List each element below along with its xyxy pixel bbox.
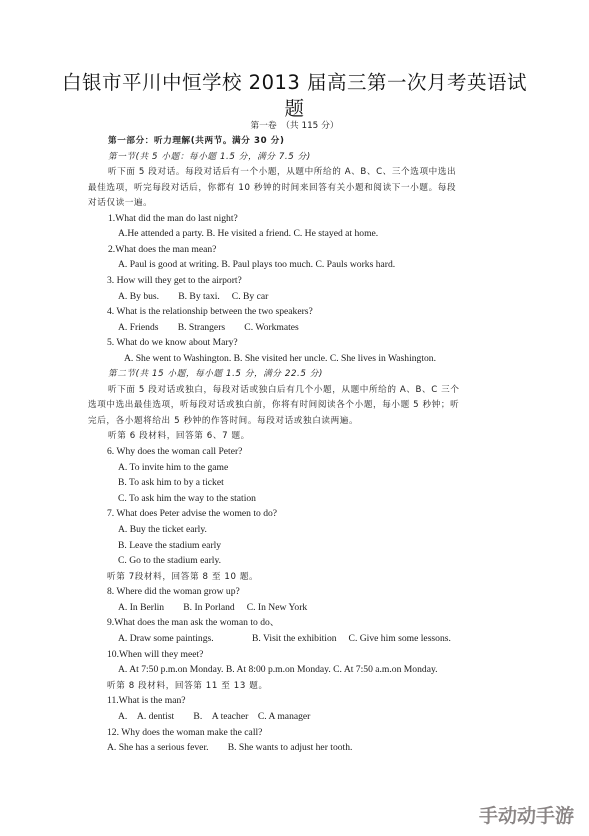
- question-10-options: A. At 7:50 p.m.on Monday. B. At 8:00 p.m…: [118, 664, 438, 676]
- section1-instructions-line3: 对话仅读一遍。: [88, 197, 152, 209]
- question-3-options: A. By bus. B. By taxi. C. By car: [118, 291, 268, 303]
- question-6-option-a: A. To invite him to the game: [118, 462, 228, 474]
- question-8: 8. Where did the woman grow up?: [107, 586, 240, 598]
- question-12-options: A. She has a serious fever. B. She wants…: [107, 742, 352, 754]
- question-1-options: A.He attended a party. B. He visited a f…: [118, 228, 378, 240]
- material-8-instruction: 听第 8 段材料，回答第 11 至 13 题。: [107, 680, 268, 692]
- question-11: 11.What is the man?: [107, 695, 186, 707]
- material-7-instruction: 听第 7段材料，回答第 8 至 10 题。: [107, 571, 258, 583]
- question-8-options: A. In Berlin B. In Porland C. In New Yor…: [118, 602, 307, 614]
- question-6: 6. Why does the woman call Peter?: [107, 446, 242, 458]
- question-7-option-a: A. Buy the ticket early.: [118, 524, 207, 536]
- question-9-options: A. Draw some paintings. B. Visit the exh…: [118, 633, 451, 645]
- volume-subtitle: 第一卷 （共 115 分）: [0, 118, 589, 131]
- section2-instructions-line3: 完后，各小题将给出 5 秒钟的作答时间。每段对话或独白读两遍。: [88, 415, 358, 427]
- section1-heading: 第一节(共 5 小题：每小题 1.5 分，满分 7.5 分): [108, 151, 311, 163]
- section2-heading: 第二节(共 15 小题，每小题 1.5 分，满分 22.5 分): [108, 368, 323, 380]
- question-4: 4. What is the relationship between the …: [107, 306, 313, 318]
- section1-instructions-line1: 听下面 5 段对话。每段对话后有一个小题，从题中所给的 A、B、C、三个选项中选…: [108, 166, 456, 178]
- exam-title: 白银市平川中恒学校 2013 届高三第一次月考英语试: [0, 67, 589, 95]
- question-7-option-c: C. Go to the stadium early.: [118, 555, 221, 567]
- question-9: 9.What does the man ask the woman to do、: [107, 617, 279, 629]
- question-10: 10.When will they meet?: [107, 649, 203, 661]
- question-6-option-c: C. To ask him the way to the station: [118, 493, 256, 505]
- section2-instructions-line1: 听下面 5 段对话或独白，每段对话或独白后有几个小题，从题中所给的 A、B、C …: [108, 384, 460, 396]
- question-4-options: A. Friends B. Strangers C. Workmates: [118, 322, 299, 334]
- watermark-logo: 手动动手游: [479, 801, 574, 828]
- section1-instructions-line2: 最佳选项，听完每段对话后，你都有 10 秒钟的时间来回答有关小题和阅读下一小题。…: [88, 182, 456, 194]
- question-11-options: A. A. dentist B. A teacher C. A manager: [118, 711, 310, 723]
- question-5: 5. What do we know about Mary?: [107, 337, 238, 349]
- question-7-option-b: B. Leave the stadium early: [118, 540, 221, 552]
- part1-heading: 第一部分：听力理解(共两节。满分 30 分): [108, 135, 285, 147]
- question-6-option-b: B. To ask him to by a ticket: [118, 477, 224, 489]
- question-12: 12. Why does the woman make the call?: [107, 727, 262, 739]
- exam-page: 白银市平川中恒学校 2013 届高三第一次月考英语试 题 第一卷 （共 115 …: [0, 0, 589, 836]
- exam-title-continued: 题: [0, 93, 589, 121]
- section2-instructions-line2: 选项中选出最佳选项，听每段对话或独白前，你将有时间阅读各个小题，每小题 5 秒钟…: [88, 399, 459, 411]
- question-7: 7. What does Peter advise the women to d…: [107, 508, 277, 520]
- question-1: 1.What did the man do last night?: [108, 213, 238, 225]
- question-2: 2.What does the man mean?: [108, 244, 216, 256]
- question-2-options: A. Paul is good at writing. B. Paul play…: [118, 259, 395, 271]
- question-5-options: A. She went to Washington. B. She visite…: [124, 353, 436, 365]
- question-3: 3. How will they get to the airport?: [107, 275, 242, 287]
- material-6-instruction: 听第 6 段材料，回答第 6、7 题。: [108, 430, 250, 442]
